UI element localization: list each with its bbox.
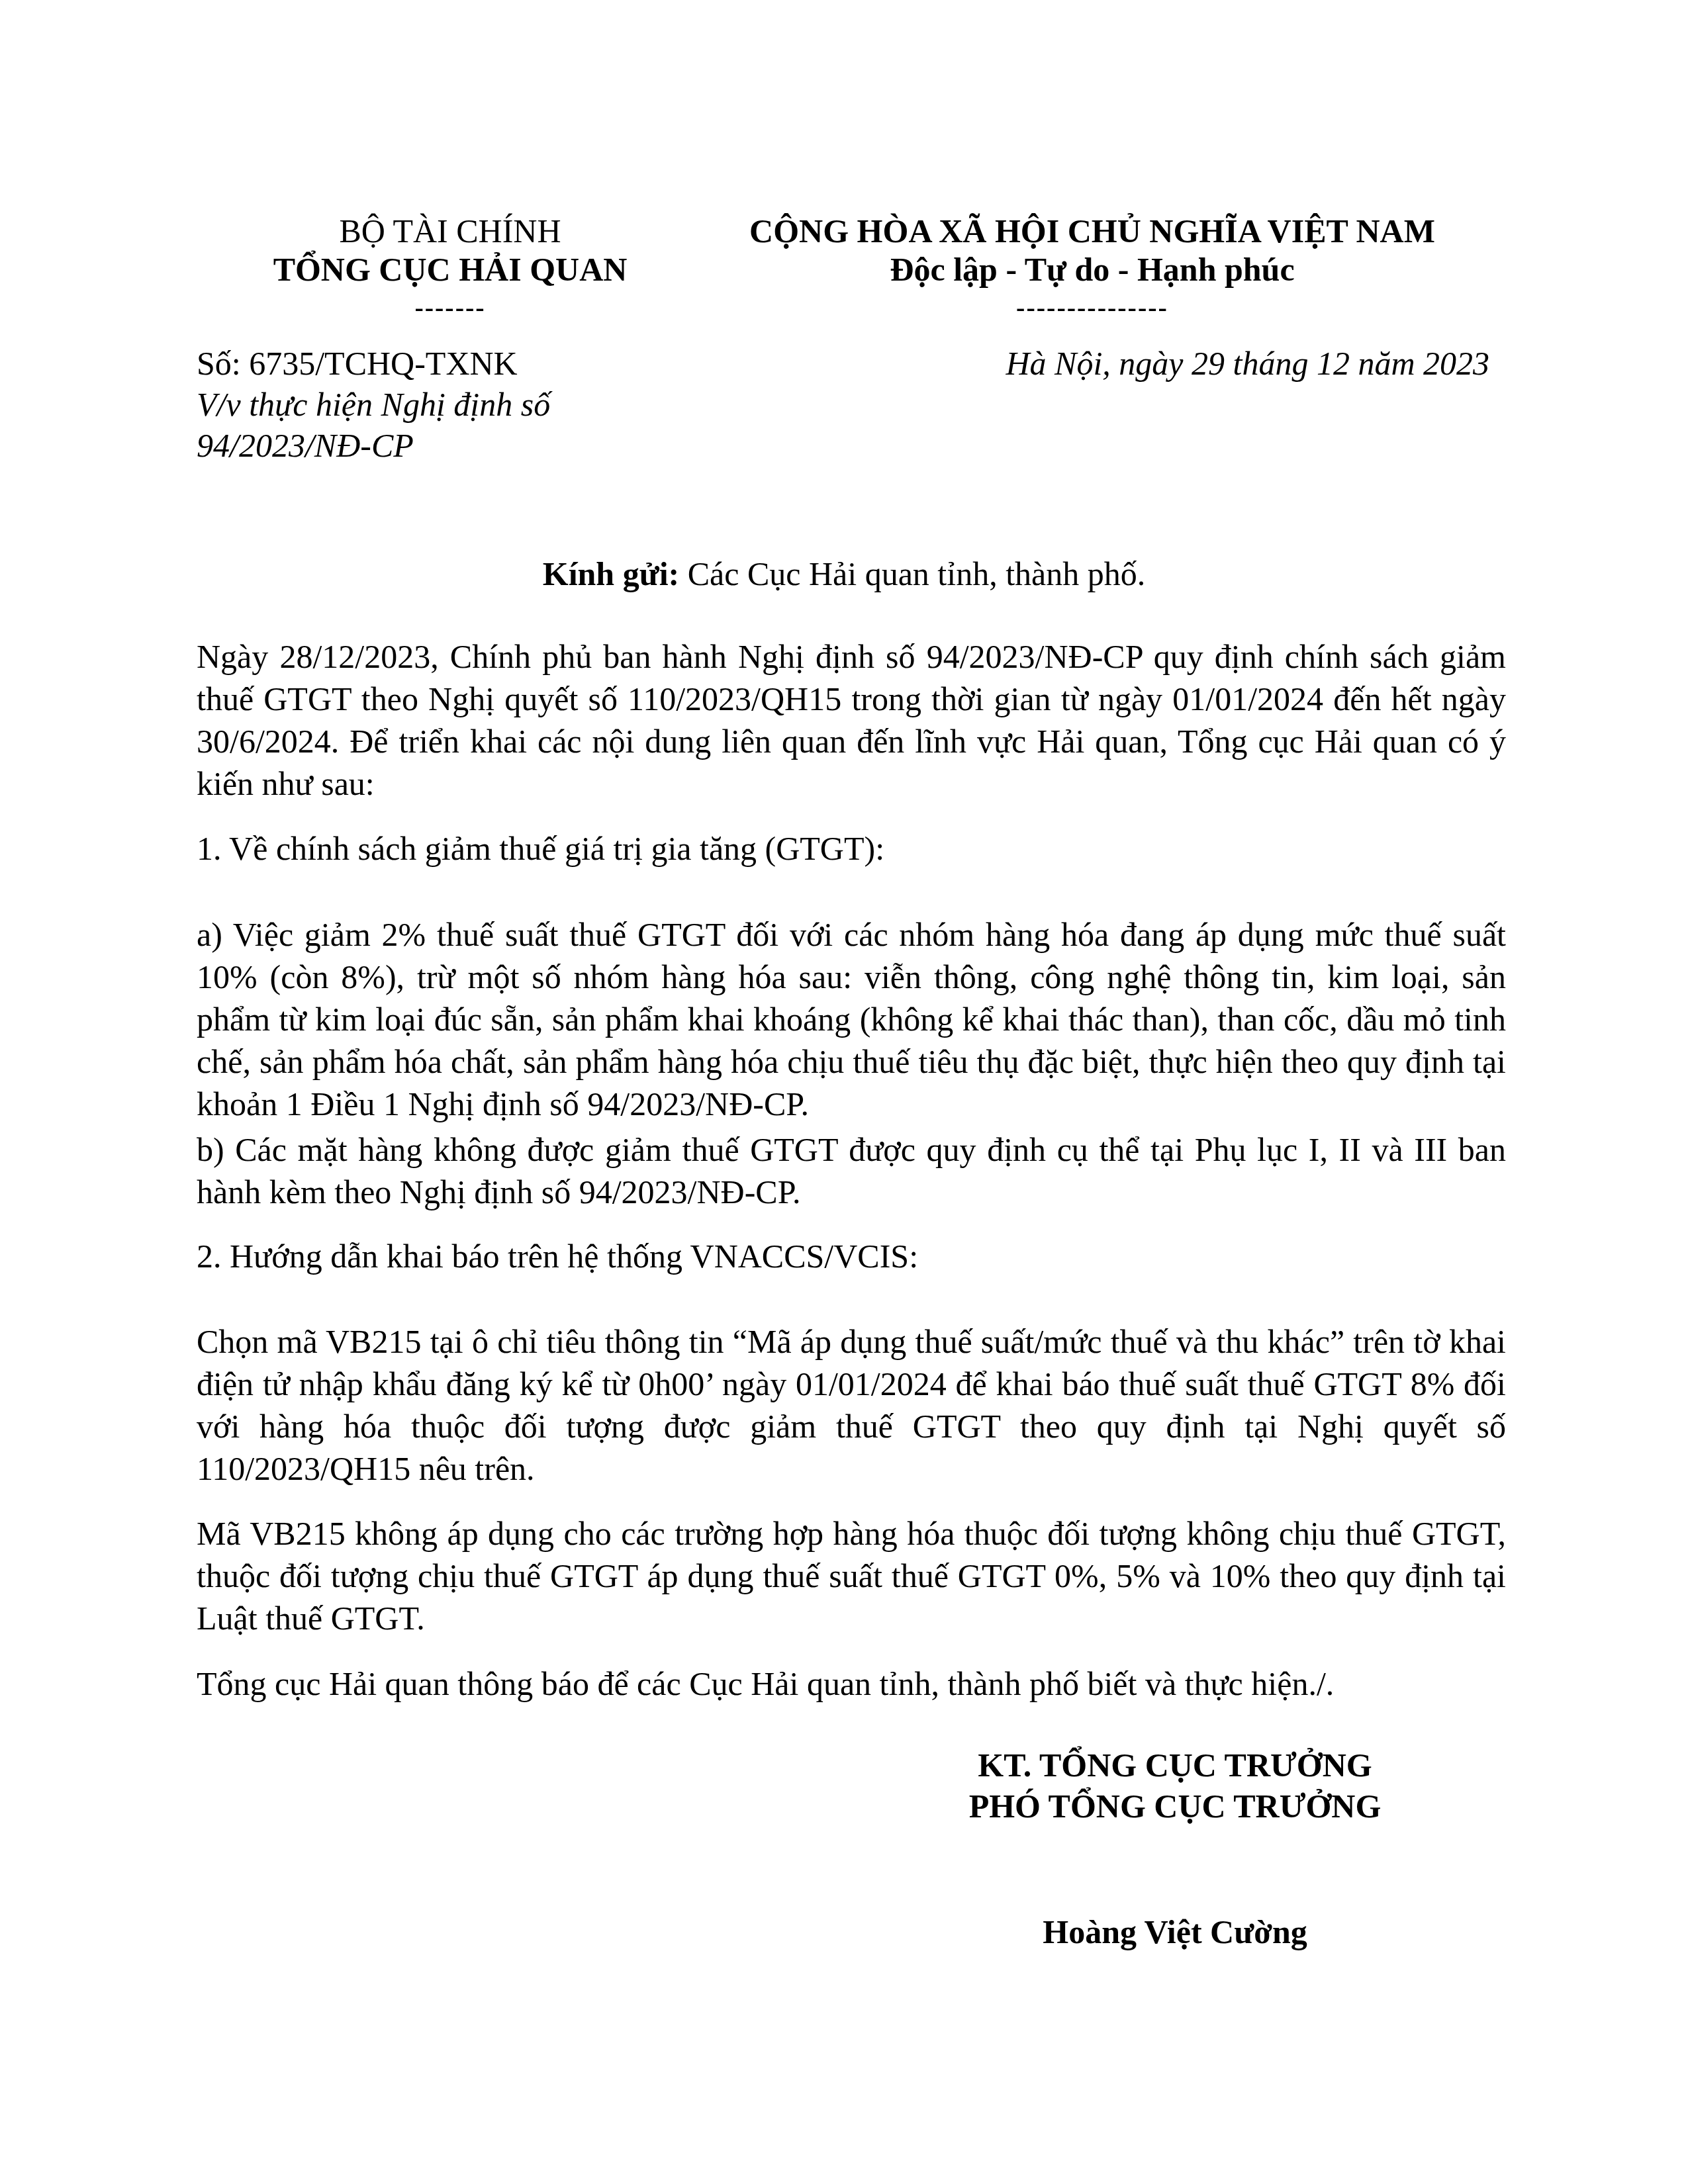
signer-name: Hoàng Việt Cường xyxy=(894,1911,1456,1952)
ministry-name: BỘ TÀI CHÍNH xyxy=(199,212,702,250)
recipient-label: Kính gửi: xyxy=(543,555,679,592)
section2-title: 2. Hướng dẫn khai báo trên hệ thống VNAC… xyxy=(197,1235,1506,1277)
section1-item-b: b) Các mặt hàng không được giảm thuế GTG… xyxy=(197,1128,1506,1213)
recipient-line: Kính gửi: Các Cục Hải quan tỉnh, thành p… xyxy=(0,553,1688,594)
section1-b-text: b) Các mặt hàng không được giảm thuế GTG… xyxy=(197,1128,1506,1213)
header-right-divider: --------------- xyxy=(695,289,1489,327)
section2-paragraph-2: Mã VB215 không áp dụng cho các trường hợ… xyxy=(197,1512,1506,1639)
document-number: Số: 6735/TCHQ-TXNK xyxy=(197,343,550,384)
section2-paragraph-1: Chọn mã VB215 tại ô chỉ tiêu thông tin “… xyxy=(197,1320,1506,1490)
agency-name: TỔNG CỤC HẢI QUAN xyxy=(199,250,702,289)
signature-block: KT. TỔNG CỤC TRƯỞNG PHÓ TỔNG CỤC TRƯỞNG … xyxy=(894,1745,1456,1952)
section2-p1-text: Chọn mã VB215 tại ô chỉ tiêu thông tin “… xyxy=(197,1320,1506,1490)
country-name: CỘNG HÒA XÃ HỘI CHỦ NGHĨA VIỆT NAM xyxy=(695,212,1489,250)
signature-space xyxy=(894,1827,1456,1911)
intro-text: Ngày 28/12/2023, Chính phủ ban hành Nghị… xyxy=(197,635,1506,805)
document-date: Hà Nội, ngày 29 tháng 12 năm 2023 xyxy=(1006,343,1489,384)
section1-item-a: a) Việc giảm 2% thuế suất thuế GTGT đối … xyxy=(197,913,1506,1125)
issuer-header: BỘ TÀI CHÍNH TỔNG CỤC HẢI QUAN ------- xyxy=(199,212,702,327)
recipient-value: Các Cục Hải quan tỉnh, thành phố. xyxy=(679,555,1145,592)
closing-text: Tổng cục Hải quan thông báo để các Cục H… xyxy=(197,1662,1506,1705)
section1-title: 1. Về chính sách giảm thuế giá trị gia t… xyxy=(197,827,1506,870)
section1-a-text: a) Việc giảm 2% thuế suất thuế GTGT đối … xyxy=(197,913,1506,1125)
section2-p2-text: Mã VB215 không áp dụng cho các trường hợ… xyxy=(197,1512,1506,1639)
header-left-divider: ------- xyxy=(199,289,702,327)
national-motto: Độc lập - Tự do - Hạnh phúc xyxy=(695,250,1489,289)
closing-paragraph: Tổng cục Hải quan thông báo để các Cục H… xyxy=(197,1662,1506,1705)
signer-title-line1: KT. TỔNG CỤC TRƯỞNG xyxy=(894,1745,1456,1786)
section2-heading: 2. Hướng dẫn khai báo trên hệ thống VNAC… xyxy=(197,1235,1506,1277)
national-header: CỘNG HÒA XÃ HỘI CHỦ NGHĨA VIỆT NAM Độc l… xyxy=(695,212,1489,327)
document-subject-line1: V/v thực hiện Nghị định số xyxy=(197,384,550,425)
document-subject-line2: 94/2023/NĐ-CP xyxy=(197,425,550,466)
section1-heading: 1. Về chính sách giảm thuế giá trị gia t… xyxy=(197,827,1506,870)
signer-title-line2: PHÓ TỔNG CỤC TRƯỞNG xyxy=(894,1786,1456,1827)
document-reference: Số: 6735/TCHQ-TXNK V/v thực hiện Nghị đị… xyxy=(197,343,550,466)
intro-paragraph: Ngày 28/12/2023, Chính phủ ban hành Nghị… xyxy=(197,635,1506,805)
